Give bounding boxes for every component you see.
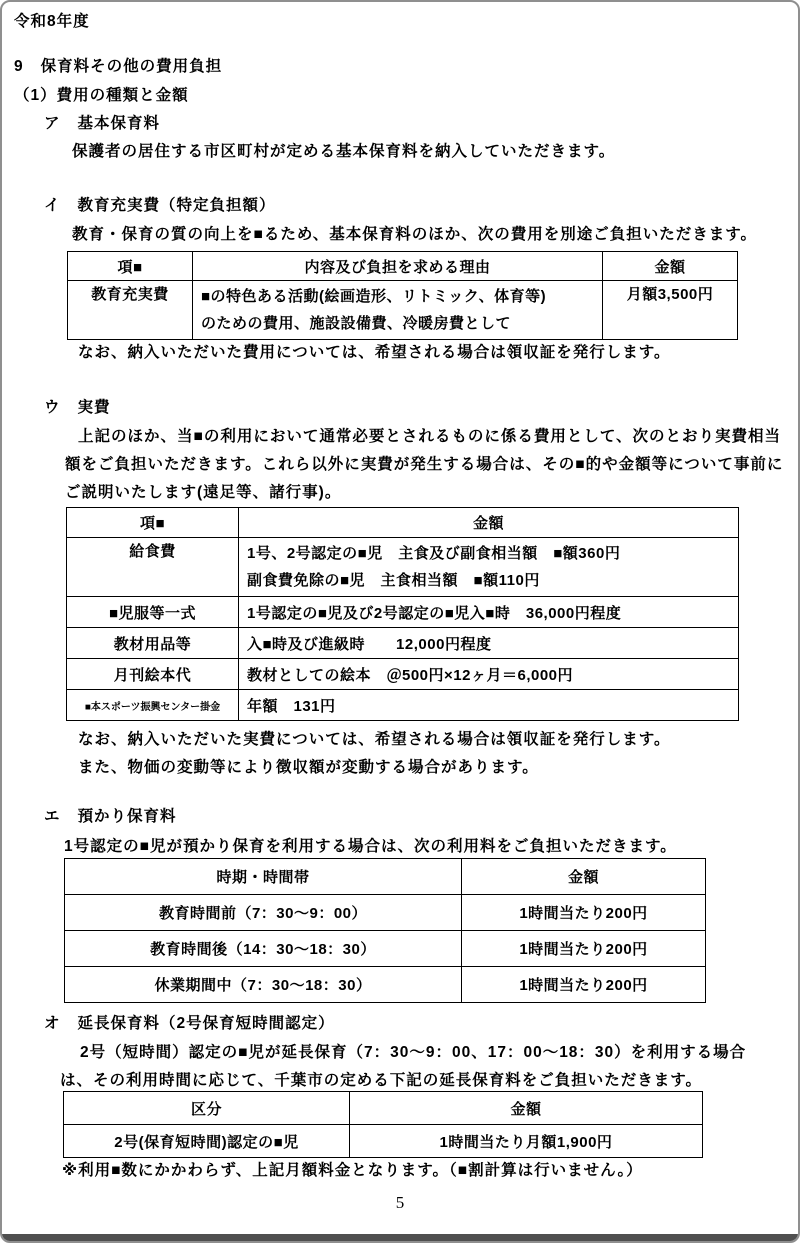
table-row-materials: 教材用品等 入■時及び進級時 12,000円程度 (67, 628, 739, 659)
col-header-item: 項■ (68, 252, 193, 281)
item-u-note1: なお、納入いただいた実費については、希望される場合は領収証を発行します。 (78, 729, 670, 751)
document-page: 令和8年度 9保育料その他の費用負担 （1）費用の種類と金額 ア基本保育料 保護… (0, 0, 800, 1243)
care-period: 休業期間中（7：30～18：30） (65, 967, 462, 1003)
item-o-note: ※利用■数にかかわらず、上記月額料金となります。（■割計算は行いません。） (62, 1160, 643, 1182)
item-o-marker: オ (44, 1013, 61, 1035)
expense-amount: 1号認定の■児及び2号認定の■児入■時 36,000円程度 (239, 597, 739, 628)
item-u-intro-line3: ご説明いたします(遠足等、諸行事)。 (65, 482, 341, 504)
expense-amount-line1: 1号、2号認定の■児 主食及び副食相当額 ■額360円 (247, 540, 730, 567)
item-u-intro-line1: 上記のほか、当■の利用において通常必要とされるものに係る費用として、次のとおり実… (78, 426, 781, 448)
table-header-row: 項■ 金額 (67, 508, 739, 538)
expense-item: ■本スポーツ振興センター掛金 (67, 690, 239, 721)
expense-amount: 入■時及び進級時 12,000円程度 (239, 628, 739, 659)
fee-item: 教育充実費 (68, 281, 193, 340)
overtime-amount: 1時間当たり月額1,900円 (350, 1125, 703, 1158)
item-o-intro-line1: 2号（短時間）認定の■児が延長保育（7：30～9：00、17：00～18：30）… (80, 1042, 746, 1064)
item-e-marker: エ (44, 806, 61, 828)
bottom-edge-bar (2, 1234, 798, 1241)
extended-care-fee-table: 時期・時間帯 金額 教育時間前（7：30～9：00） 1時間当たり200円 教育… (64, 858, 706, 1003)
expense-amount: 1号、2号認定の■児 主食及び副食相当額 ■額360円 副食費免除の■児 主食相… (239, 538, 739, 597)
table-row-picturebook: 月刊絵本代 教材としての絵本 ＠500円×12ヶ月＝6,000円 (67, 659, 739, 690)
care-period: 教育時間後（14：30～18：30） (65, 931, 462, 967)
expense-amount: 教材としての絵本 ＠500円×12ヶ月＝6,000円 (239, 659, 739, 690)
item-u-heading: ウ実費 (44, 397, 111, 419)
actual-expenses-table: 項■ 金額 給食費 1号、2号認定の■児 主食及び副食相当額 ■額360円 副食… (66, 507, 739, 721)
col-header-reason: 内容及び負担を求める理由 (193, 252, 603, 281)
col-header-amount: 金額 (239, 508, 739, 538)
table-header-row: 区分 金額 (64, 1092, 703, 1125)
item-a-body: 保護者の居住する市区町村が定める基本保育料を納入していただきます。 (72, 141, 615, 163)
expense-item: 教材用品等 (67, 628, 239, 659)
col-header-amount: 金額 (350, 1092, 703, 1125)
item-a-marker: ア (44, 113, 61, 135)
expense-amount: 年額 131円 (239, 690, 739, 721)
table-row-holiday: 休業期間中（7：30～18：30） 1時間当たり200円 (65, 967, 706, 1003)
section-title: 保育料その他の費用負担 (41, 58, 223, 75)
page-number: 5 (2, 1193, 798, 1213)
item-i-intro: 教育・保育の質の向上を■るため、基本保育料のほか、次の費用を別途ご負担いただきま… (72, 224, 757, 246)
item-e-title: 預かり保育料 (78, 808, 177, 825)
education-enhancement-fee-table: 項■ 内容及び負担を求める理由 金額 教育充実費 ■の特色ある活動(絵画造形、リ… (67, 251, 738, 340)
item-u-title: 実費 (78, 399, 111, 416)
item-u-marker: ウ (44, 397, 61, 419)
care-amount: 1時間当たり200円 (462, 931, 706, 967)
expense-item: 給食費 (67, 538, 239, 597)
fee-reason-line2: のための費用、施設設備費、冷暖房費として (201, 310, 594, 337)
item-i-title: 教育充実費（特定負担額） (78, 197, 276, 214)
section-number: 9 (14, 56, 24, 78)
item-i-marker: イ (44, 195, 61, 217)
fee-reason: ■の特色ある活動(絵画造形、リトミック、体育等) のための費用、施設設備費、冷暖… (193, 281, 603, 340)
item-o-intro-line2: は、その利用時間に応じて、千葉市の定める下記の延長保育料をご負担いただきます。 (60, 1070, 702, 1092)
overtime-care-fee-table: 区分 金額 2号(保育短時間)認定の■児 1時間当たり月額1,900円 (63, 1091, 703, 1158)
item-e-intro: 1号認定の■児が預かり保育を利用する場合は、次の利用料をご負担いただきます。 (64, 836, 677, 858)
section-heading: 9保育料その他の費用負担 (14, 56, 222, 78)
table-row-shorttime: 2号(保育短時間)認定の■児 1時間当たり月額1,900円 (64, 1125, 703, 1158)
care-period: 教育時間前（7：30～9：00） (65, 895, 462, 931)
item-e-heading: エ預かり保育料 (44, 806, 177, 828)
expense-item: ■児服等一式 (67, 597, 239, 628)
item-u-intro-line2: 額をご負担いただきます。これら以外に実費が発生する場合は、その■的や金額等につい… (65, 454, 783, 476)
item-i-heading: イ教育充実費（特定負担額） (44, 195, 276, 217)
table-row-before: 教育時間前（7：30～9：00） 1時間当たり200円 (65, 895, 706, 931)
year-label: 令和8年度 (14, 11, 90, 33)
expense-item: 月刊絵本代 (67, 659, 239, 690)
col-header-category: 区分 (64, 1092, 350, 1125)
expense-amount-line2: 副食費免除の■児 主食相当額 ■額110円 (247, 567, 730, 594)
item-u-note2: また、物価の変動等により徴収額が変動する場合があります。 (78, 757, 539, 779)
table-header-row: 時期・時間帯 金額 (65, 859, 706, 895)
table-row-after: 教育時間後（14：30～18：30） 1時間当たり200円 (65, 931, 706, 967)
item-o-title: 延長保育料（2号保育短時間認定） (78, 1015, 335, 1032)
fee-reason-line1: ■の特色ある活動(絵画造形、リトミック、体育等) (201, 283, 594, 310)
care-amount: 1時間当たり200円 (462, 895, 706, 931)
table-row-sports-center: ■本スポーツ振興センター掛金 年額 131円 (67, 690, 739, 721)
subsection-heading: （1）費用の種類と金額 (14, 85, 189, 107)
care-amount: 1時間当たり200円 (462, 967, 706, 1003)
table-header-row: 項■ 内容及び負担を求める理由 金額 (68, 252, 738, 281)
col-header-amount: 金額 (462, 859, 706, 895)
table-row-uniform: ■児服等一式 1号認定の■児及び2号認定の■児入■時 36,000円程度 (67, 597, 739, 628)
item-a-title: 基本保育料 (78, 115, 161, 132)
col-header-item: 項■ (67, 508, 239, 538)
overtime-category: 2号(保育短時間)認定の■児 (64, 1125, 350, 1158)
item-i-note: なお、納入いただいた費用については、希望される場合は領収証を発行します。 (78, 342, 670, 364)
col-header-period: 時期・時間帯 (65, 859, 462, 895)
col-header-amount: 金額 (603, 252, 738, 281)
fee-amount: 月額3,500円 (603, 281, 738, 340)
table-row-meals: 給食費 1号、2号認定の■児 主食及び副食相当額 ■額360円 副食費免除の■児… (67, 538, 739, 597)
item-o-heading: オ延長保育料（2号保育短時間認定） (44, 1013, 335, 1035)
item-a-heading: ア基本保育料 (44, 113, 160, 135)
table-row: 教育充実費 ■の特色ある活動(絵画造形、リトミック、体育等) のための費用、施設… (68, 281, 738, 340)
